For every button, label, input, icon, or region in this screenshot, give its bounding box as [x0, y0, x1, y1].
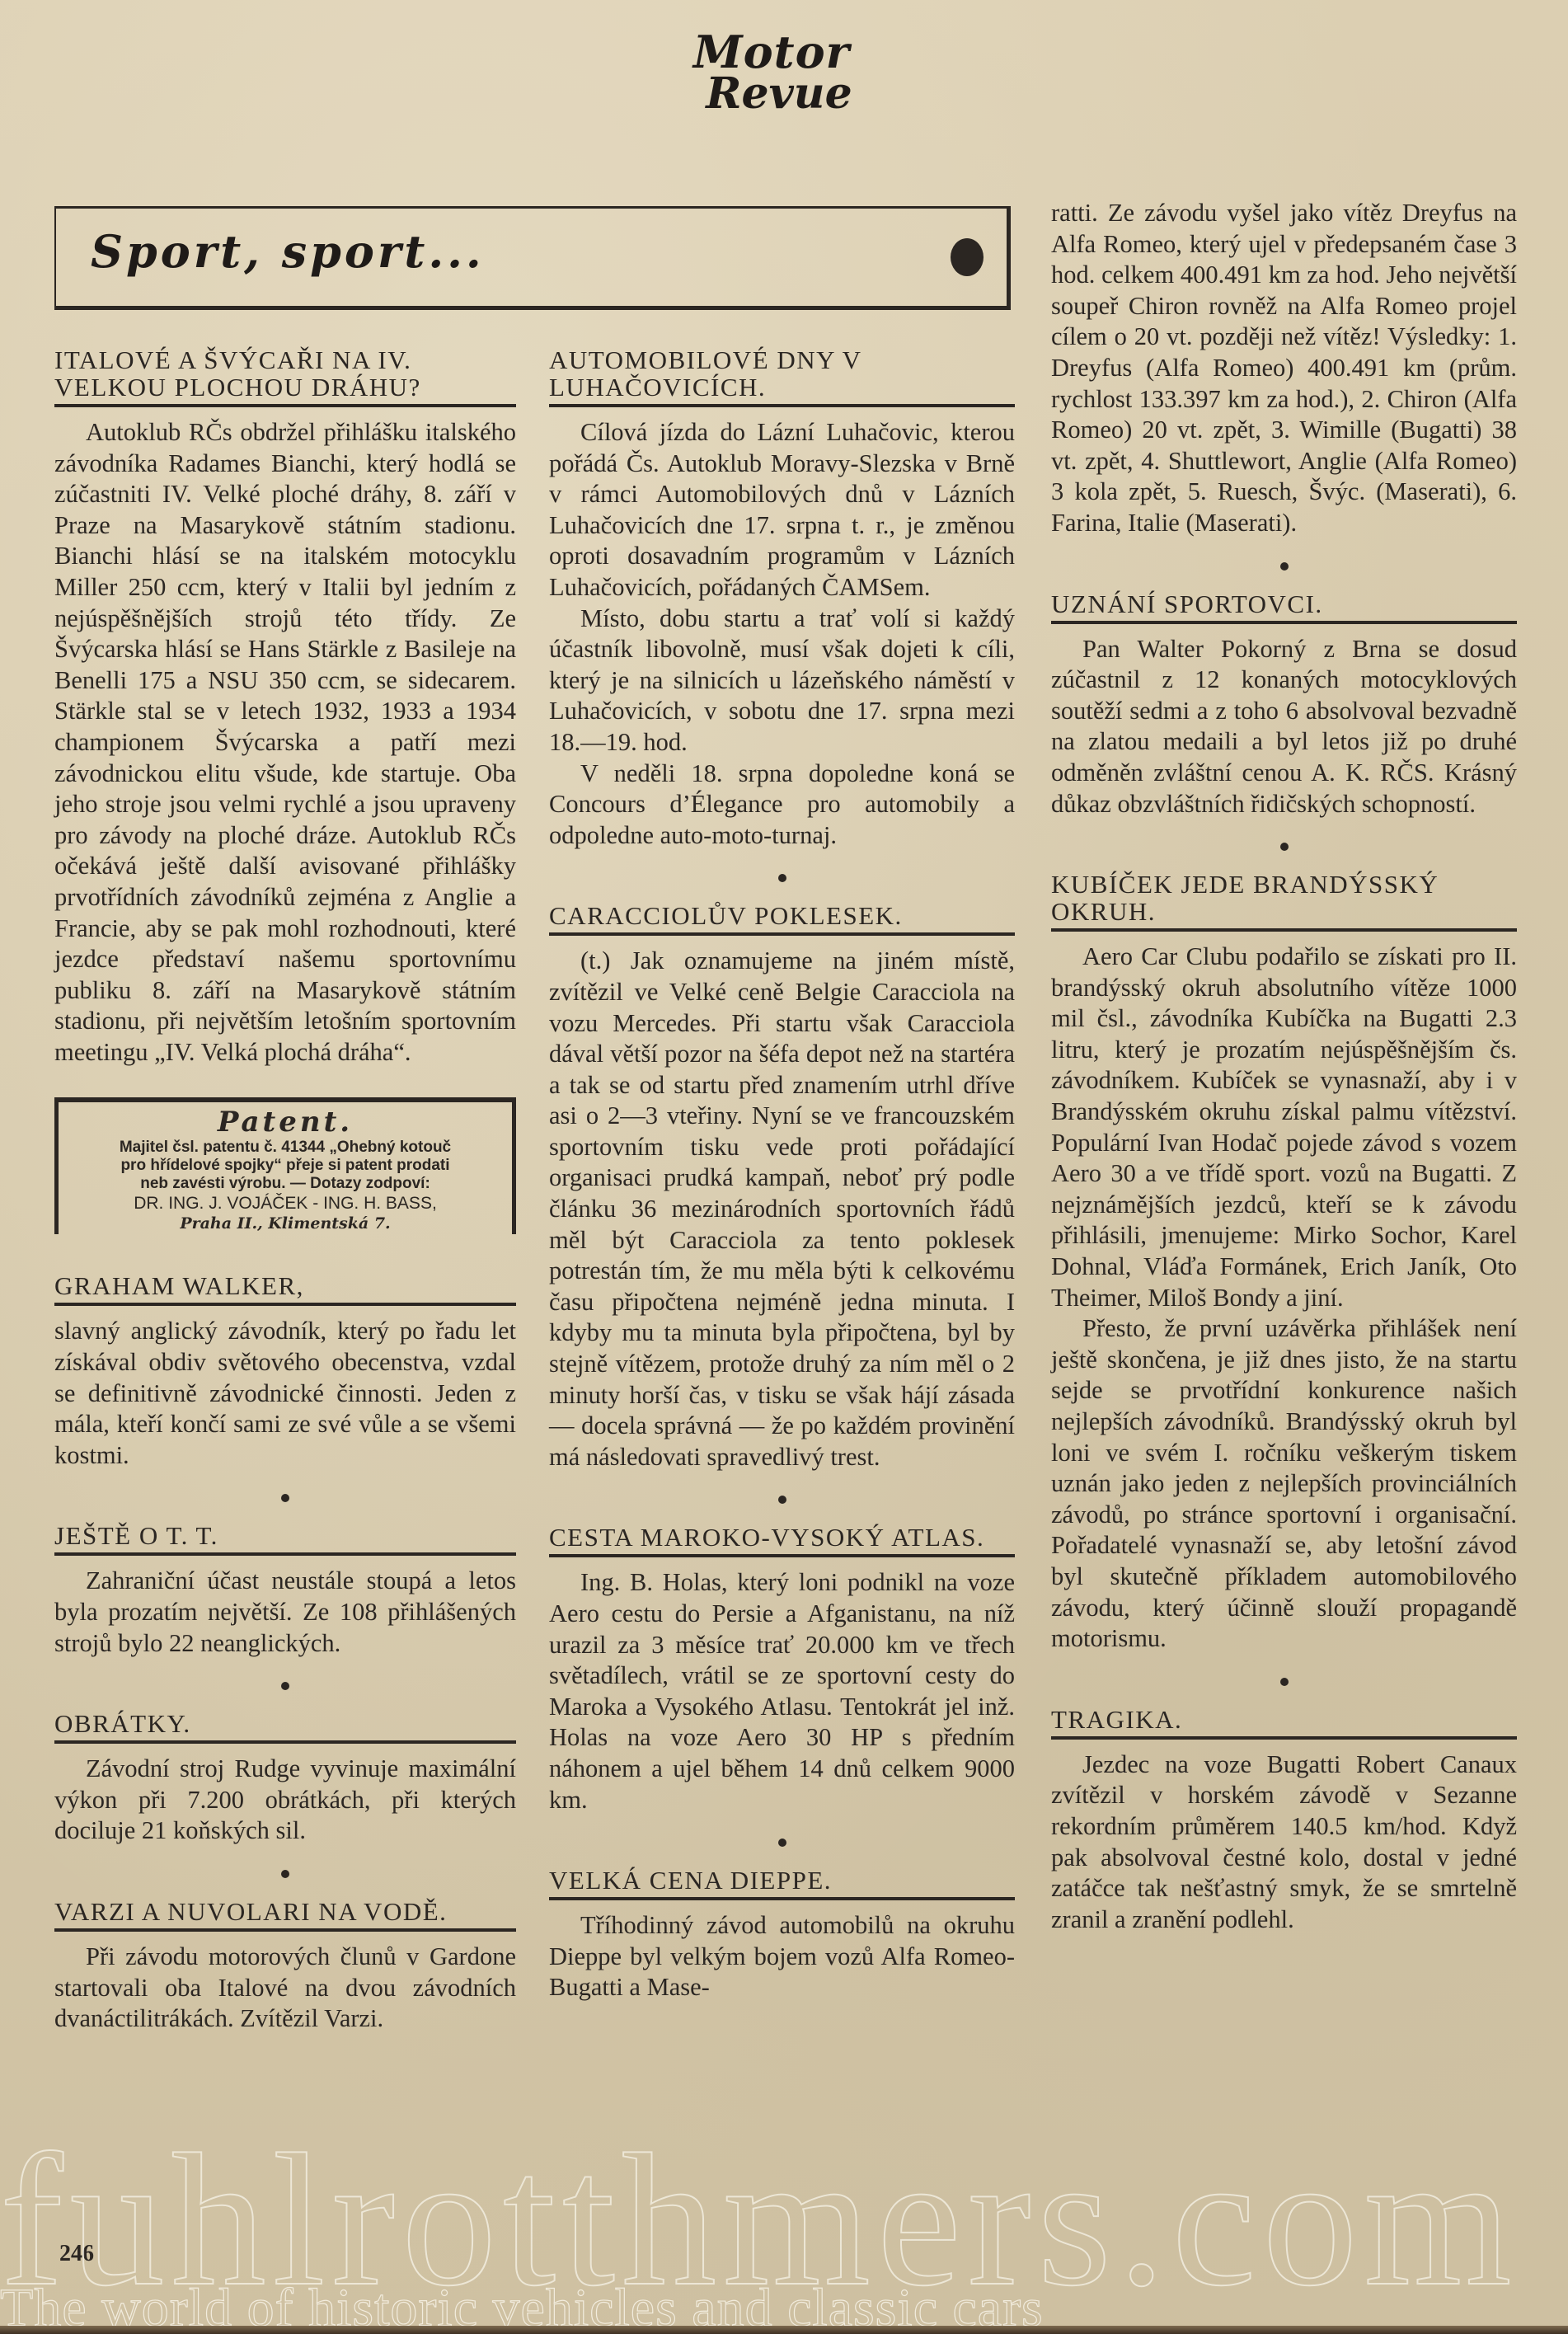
section-banner: Sport, sport...: [54, 206, 1011, 310]
article-continuation: ratti. Ze závodu vyšel jako vítěz Dreyfu…: [1051, 198, 1517, 539]
ad-line: Majitel čsl. patentu č. 41344 „Ohebný ko…: [65, 1139, 505, 1157]
section-title: Sport, sport...: [91, 225, 485, 278]
article: KUBÍČEK JEDE BRANDÝSSKÝ OKRUH. Aero Car …: [1051, 871, 1517, 1655]
article-heading: JEŠTĚ O T. T.: [54, 1522, 516, 1556]
separator-dot-icon: [54, 1858, 516, 1883]
ad-line: pro hřídelové spojky“ přeje si patent pr…: [65, 1157, 505, 1175]
article-paragraph: Místo, dobu startu a trať volí si každý …: [549, 603, 1015, 758]
column-3: ratti. Ze závodu vyšel jako vítěz Dreyfu…: [1051, 198, 1517, 1935]
column-1: ITALOVÉ A ŠVÝCAŘI NA IV. VELKOU PLOCHOU …: [54, 346, 516, 2035]
article-paragraph: Při závodu motorových člunů v Gardone st…: [54, 1942, 516, 2035]
article-paragraph: V neděli 18. srpna dopoledne koná se Con…: [549, 758, 1015, 852]
article-heading: OBRÁTKY.: [54, 1710, 516, 1744]
patent-advertisement: Patent. Majitel čsl. patentu č. 41344 „O…: [54, 1097, 516, 1234]
article: JEŠTĚ O T. T. Zahraniční účast neustále …: [54, 1522, 516, 1659]
masthead-line2: Revue: [696, 73, 862, 114]
separator-dot-icon: [1051, 1666, 1517, 1691]
article: VELKÁ CENA DIEPPE. Tříhodinný závod auto…: [549, 1867, 1015, 2003]
article-paragraph: Autoklub RČs obdržel přihlášku italského…: [54, 417, 516, 1068]
separator-dot-icon: [1051, 551, 1517, 575]
article: TRAGIKA. Jezdec na voze Bugatti Robert C…: [1051, 1706, 1517, 1936]
article-paragraph: Přesto, že první uzávěrka přihlášek není…: [1051, 1313, 1517, 1655]
article-heading: ITALOVÉ A ŠVÝCAŘI NA IV. VELKOU PLOCHOU …: [54, 346, 516, 407]
article: AUTOMOBILOVÉ DNY V LUHAČOVICÍCH. Cílová …: [549, 346, 1015, 851]
article-paragraph: Pan Walter Pokorný z Brna se dosud zúčas…: [1051, 634, 1517, 820]
ad-title: Patent.: [65, 1106, 505, 1139]
bullet-dot-icon: [951, 238, 984, 276]
article-paragraph: Závodní stroj Rudge vyvinuje maximální v…: [54, 1754, 516, 1847]
article: CESTA MAROKO-VYSOKÝ ATLAS. Ing. B. Holas…: [549, 1524, 1015, 1815]
article-heading: VELKÁ CENA DIEPPE.: [549, 1867, 1015, 1900]
separator-dot-icon: [549, 1484, 1015, 1509]
article: UZNÁNÍ SPORTOVCI. Pan Walter Pokorný z B…: [1051, 590, 1517, 820]
article-paragraph: slavný anglický závodník, který po řadu …: [54, 1316, 516, 1471]
article-heading: KUBÍČEK JEDE BRANDÝSSKÝ OKRUH.: [1051, 871, 1517, 932]
article-heading: UZNÁNÍ SPORTOVCI.: [1051, 590, 1517, 624]
article: VARZI A NUVOLARI NA VODĚ. Při závodu mot…: [54, 1898, 516, 2035]
article-heading: TRAGIKA.: [1051, 1706, 1517, 1740]
watermark-text: fuhlrotthmers.com: [0, 2111, 1518, 2329]
separator-dot-icon: [1051, 831, 1517, 856]
ad-line: neb zavésti výrobu. — Dotazy zodpoví:: [65, 1175, 505, 1193]
article: GRAHAM WALKER, slavný anglický závodník,…: [54, 1272, 516, 1471]
article-heading: AUTOMOBILOVÉ DNY V LUHAČOVICÍCH.: [549, 346, 1015, 407]
separator-dot-icon: [549, 1827, 1015, 1852]
separator-dot-icon: [549, 862, 1015, 887]
article: CARACCIOLŮV POKLESEK. (t.) Jak oznamujem…: [549, 902, 1015, 1472]
article-heading: CARACCIOLŮV POKLESEK.: [549, 902, 1015, 936]
article-paragraph: Ing. B. Holas, který loni podnikl na voz…: [549, 1567, 1015, 1815]
article-paragraph: Aero Car Clubu podařilo se získati pro I…: [1051, 942, 1517, 1313]
article-heading: GRAHAM WALKER,: [54, 1272, 516, 1306]
separator-dot-icon: [54, 1482, 516, 1507]
article-paragraph: (t.) Jak oznamujeme na jiném místě, zvít…: [549, 946, 1015, 1472]
article: OBRÁTKY. Závodní stroj Rudge vyvinuje ma…: [54, 1710, 516, 1847]
article: ITALOVÉ A ŠVÝCAŘI NA IV. VELKOU PLOCHOU …: [54, 346, 516, 1068]
masthead-logo: Motor Revue: [681, 31, 862, 115]
masthead-line1: Motor: [681, 31, 862, 73]
article-heading: CESTA MAROKO-VYSOKÝ ATLAS.: [549, 1524, 1015, 1557]
page-number: 246: [59, 2241, 94, 2267]
ad-address: Praha II., Klimentská 7.: [65, 1214, 505, 1233]
article-paragraph: Zahraniční účast neustále stoupá a letos…: [54, 1566, 516, 1659]
column-2: AUTOMOBILOVÉ DNY V LUHAČOVICÍCH. Cílová …: [549, 346, 1015, 2003]
article-heading: VARZI A NUVOLARI NA VODĚ.: [54, 1898, 516, 1932]
article-paragraph: Jezdec na voze Bugatti Robert Canaux zví…: [1051, 1749, 1517, 1936]
page-bottom-edge: [0, 2326, 1568, 2334]
article-paragraph: Cílová jízda do Lázní Luhačovic, kterou …: [549, 417, 1015, 603]
article-paragraph: Tříhodinný závod automobilů na okruhu Di…: [549, 1910, 1015, 2003]
ad-contact-names: DR. ING. J. VOJÁČEK - ING. H. BASS,: [65, 1193, 505, 1214]
separator-dot-icon: [54, 1670, 516, 1695]
